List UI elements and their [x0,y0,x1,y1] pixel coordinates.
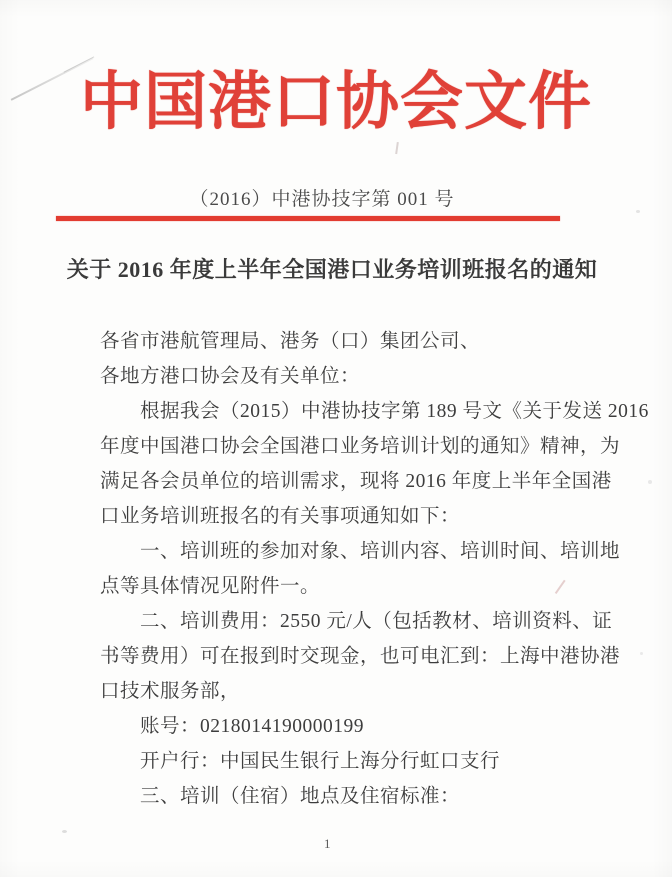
page-number: 1 [324,836,331,852]
scan-artifact-speck [62,830,67,833]
body-line: 三、培训（住宿）地点及住宿标准： [100,785,592,820]
body-line: 开户行：中国民生银行上海分行虹口支行 [100,750,592,785]
scanned-document-page: 中国港口协会文件 （2016）中港协技字第 001 号 关于 2016 年度上半… [0,0,672,877]
body-line: 账号：0218014190000199 [100,715,592,750]
letterhead-title: 中国港口协会文件 [0,68,672,136]
body-line: 各省市港航管理局、港务（口）集团公司、 [100,330,592,365]
body-line: 一、培训班的参加对象、培训内容、培训时间、培训地 [100,540,592,575]
body-line: 年度中国港口协会全国港口业务培训计划的通知》精神，为 [100,435,592,470]
scan-artifact-tick [395,142,398,154]
body-line: 点等具体情况见附件一。 [100,575,592,610]
body-line: 根据我会（2015）中港协技字第 189 号文《关于发送 2016 [100,400,592,435]
body-line: 口业务培训班报名的有关事项通知如下： [100,505,592,540]
document-title: 关于 2016 年度上半年全国港口业务培训班报名的通知 [0,253,664,284]
body-line: 二、培训费用：2550 元/人（包括教材、培训资料、证 [100,610,592,645]
body-line: 口技术服务部， [100,680,592,715]
body-line: 满足各会员单位的培训需求，现将 2016 年度上半年全国港 [100,470,592,505]
scan-artifact-speck [648,480,652,484]
scan-artifact-speck [640,652,643,655]
red-separator-rule [56,216,560,221]
body-line: 书等费用）可在报到时交现金，也可电汇到：上海中港协港 [100,645,592,680]
document-body: 各省市港航管理局、港务（口）集团公司、 各地方港口协会及有关单位： 根据我会（2… [100,330,592,820]
body-line: 各地方港口协会及有关单位： [100,365,592,400]
document-number: （2016）中港协技字第 001 号 [0,184,644,211]
